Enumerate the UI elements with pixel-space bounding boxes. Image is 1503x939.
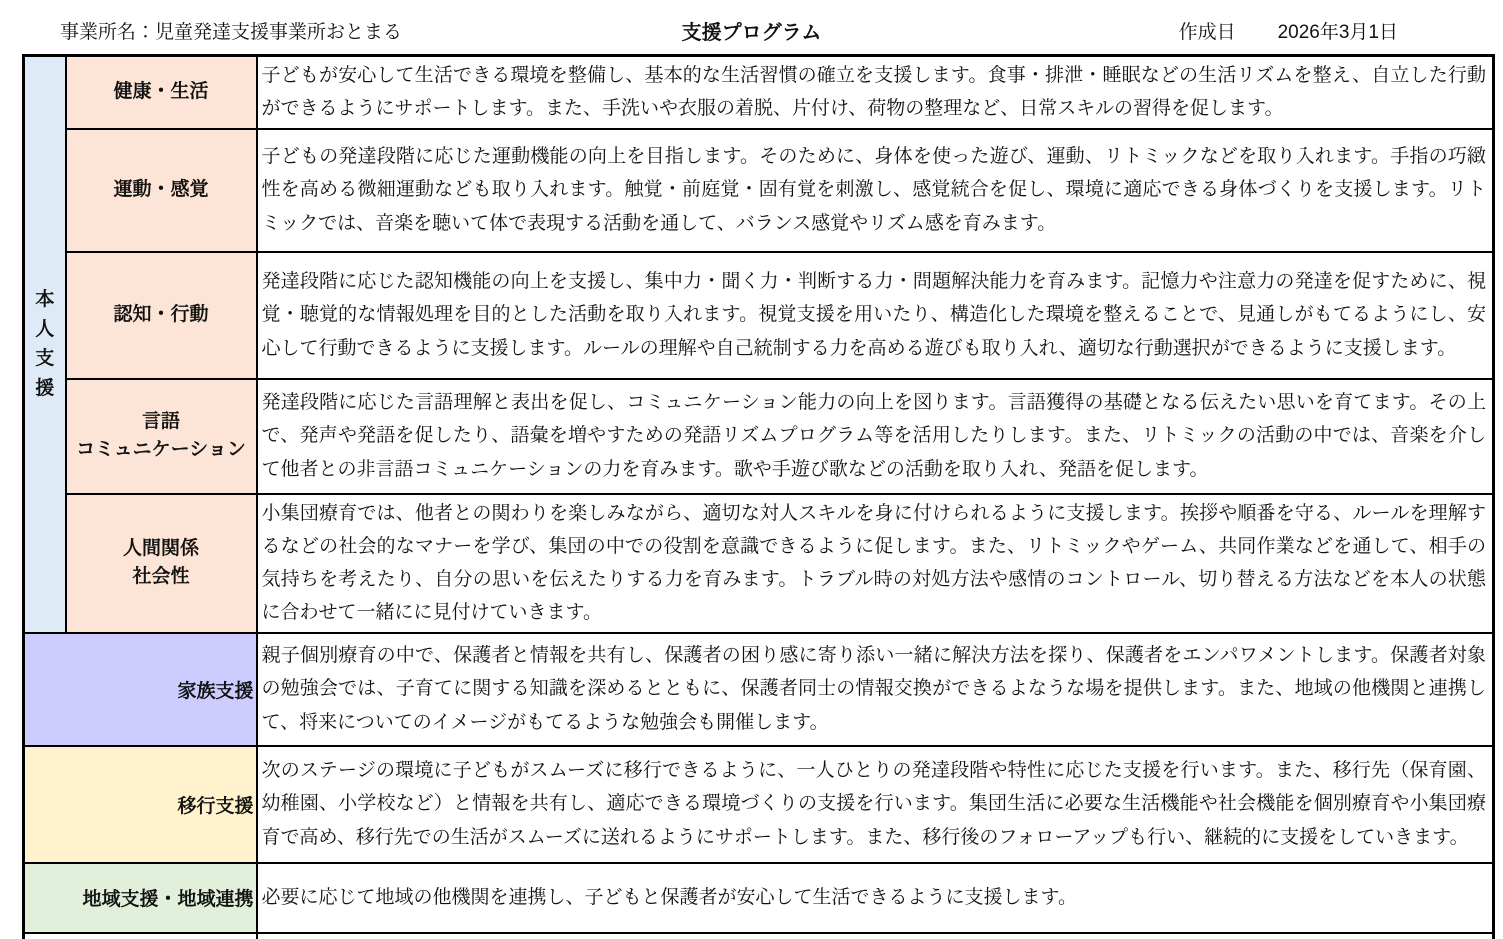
description-cell: 次のステージの環境に子どもがスムーズに移行できるように、一人ひとりの発達段階や特… [257,746,1494,863]
category-cell-ningen-kankei: 人間関係 社会性 [66,494,257,633]
description-cell: 親子個別療育の中で、保護者と情報を共有し、保護者の困り感に寄り添い一緒に解決方法… [257,633,1494,746]
table-row: 家族支援 親子個別療育の中で、保護者と情報を共有し、保護者の困り感に寄り添い一緒… [24,633,1494,746]
support-program-table: 本 人 支 援 健康・生活 子どもが安心して生活できる環境を整備し、基本的な生活… [22,54,1495,939]
empty-cell [257,933,1494,939]
category-cell-kazoku-shien: 家族支援 [24,633,257,746]
creation-date-value: 2026年3月1日 [1278,17,1398,44]
empty-cell [24,933,257,939]
document-page: 事業所名：児童発達支援事業所おとまる 支援プログラム 作成日 2026年3月1日… [0,0,1503,939]
page-title: 支援プログラム [682,16,822,45]
table-row: 移行支援 次のステージの環境に子どもがスムーズに移行できるように、一人ひとりの発… [24,746,1494,863]
description-cell: 子どもが安心して生活できる環境を整備し、基本的な生活習慣の確立を支援します。食事… [257,56,1494,129]
document-header: 事業所名：児童発達支援事業所おとまる 支援プログラム 作成日 2026年3月1日 [0,0,1503,54]
table-row: 地域支援・地域連携 必要に応じて地域の他機関を連携し、子どもと保護者が安心して生… [24,863,1494,933]
category-cell-undo-kankaku: 運動・感覚 [66,129,257,252]
group-cell-honnin-shien: 本 人 支 援 [24,56,66,633]
description-cell: 小集団療育では、他者との関わりを楽しみながら、適切な対人スキルを身に付けられるよ… [257,494,1494,633]
table-row: 認知・行動 発達段階に応じた認知機能の向上を支援し、集中力・聞く力・判断する力・… [24,252,1494,379]
table-row: 言語 コミュニケーション 発達段階に応じた言語理解と表出を促し、コミュニケーショ… [24,379,1494,494]
description-cell: 必要に応じて地域の他機関を連携し、子どもと保護者が安心して生活できるように支援し… [257,863,1494,933]
category-cell-iko-shien: 移行支援 [24,746,257,863]
table-row: 運動・感覚 子どもの発達段階に応じた運動機能の向上を目指します。そのために、身体… [24,129,1494,252]
creation-date-label: 作成日 [1179,17,1236,44]
office-name-label: 事業所名：児童発達支援事業所おとまる [0,17,682,44]
description-cell: 子どもの発達段階に応じた運動機能の向上を目指します。そのために、身体を使った遊び… [257,129,1494,252]
category-cell-gengo-communication: 言語 コミュニケーション [66,379,257,494]
category-cell-chiiki-shien: 地域支援・地域連携 [24,863,257,933]
description-cell: 発達段階に応じた言語理解と表出を促し、コミュニケーション能力の向上を図ります。言… [257,379,1494,494]
creation-date: 作成日 2026年3月1日 [1179,17,1503,44]
category-cell-kenko-seikatsu: 健康・生活 [66,56,257,129]
description-cell: 発達段階に応じた認知機能の向上を支援し、集中力・聞く力・判断する力・問題解決能力… [257,252,1494,379]
table-row: 本 人 支 援 健康・生活 子どもが安心して生活できる環境を整備し、基本的な生活… [24,56,1494,129]
category-cell-ninchi-kodo: 認知・行動 [66,252,257,379]
table-row-partial [24,933,1494,939]
table-row: 人間関係 社会性 小集団療育では、他者との関わりを楽しみながら、適切な対人スキル… [24,494,1494,633]
